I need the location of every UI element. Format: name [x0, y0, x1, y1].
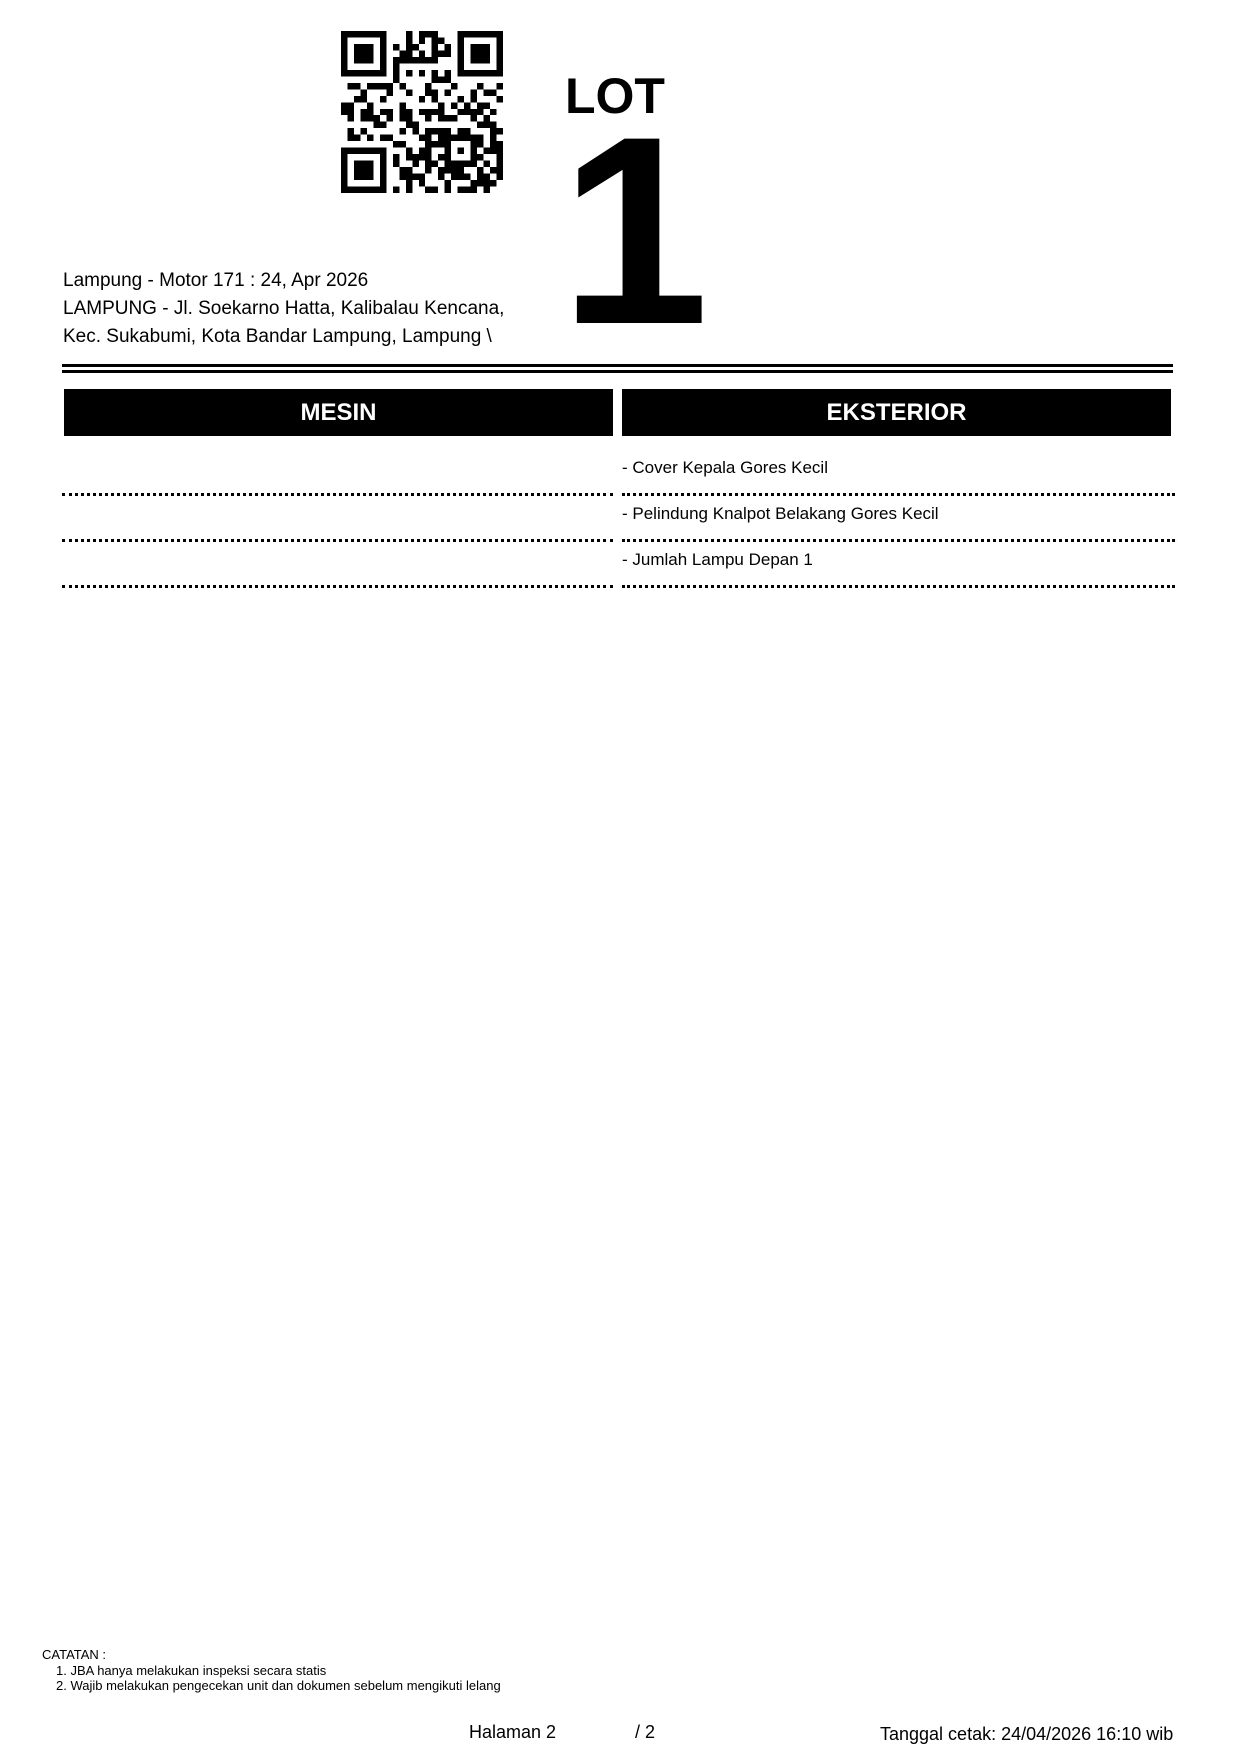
column-header-mesin: MESIN: [64, 389, 613, 436]
auction-info: Lampung - Motor 171 : 24, Apr 2026 LAMPU…: [63, 267, 504, 351]
page-total: / 2: [635, 1721, 655, 1743]
note-item: 2. Wajib melakukan pengecekan unit dan d…: [42, 1678, 501, 1694]
row-divider: [62, 493, 613, 496]
note-item: 1. JBA hanya melakukan inspeksi secara s…: [42, 1663, 501, 1679]
row-divider: [62, 539, 613, 542]
lot-number: 1: [560, 96, 675, 364]
notes-title: CATATAN :: [42, 1647, 501, 1663]
row-divider: [622, 585, 1175, 588]
qr-code-icon: [341, 31, 503, 193]
print-date: Tanggal cetak: 24/04/2026 16:10 wib: [880, 1723, 1173, 1745]
page-number: Halaman 2: [469, 1721, 556, 1743]
row-divider: [622, 539, 1175, 542]
eksterior-item: - Pelindung Knalpot Belakang Gores Kecil: [622, 504, 939, 524]
auction-address-line-2: Kec. Sukabumi, Kota Bandar Lampung, Lamp…: [63, 323, 504, 351]
eksterior-item: - Jumlah Lampu Depan 1: [622, 550, 813, 570]
header-divider: [62, 364, 1173, 374]
column-header-eksterior: EKSTERIOR: [622, 389, 1171, 436]
row-divider: [622, 493, 1175, 496]
notes-section: CATATAN : 1. JBA hanya melakukan inspeks…: [42, 1647, 501, 1694]
row-divider: [62, 585, 613, 588]
eksterior-item: - Cover Kepala Gores Kecil: [622, 458, 828, 478]
auction-title: Lampung - Motor 171 : 24, Apr 2026: [63, 267, 504, 295]
auction-address-line-1: LAMPUNG - Jl. Soekarno Hatta, Kalibalau …: [63, 295, 504, 323]
